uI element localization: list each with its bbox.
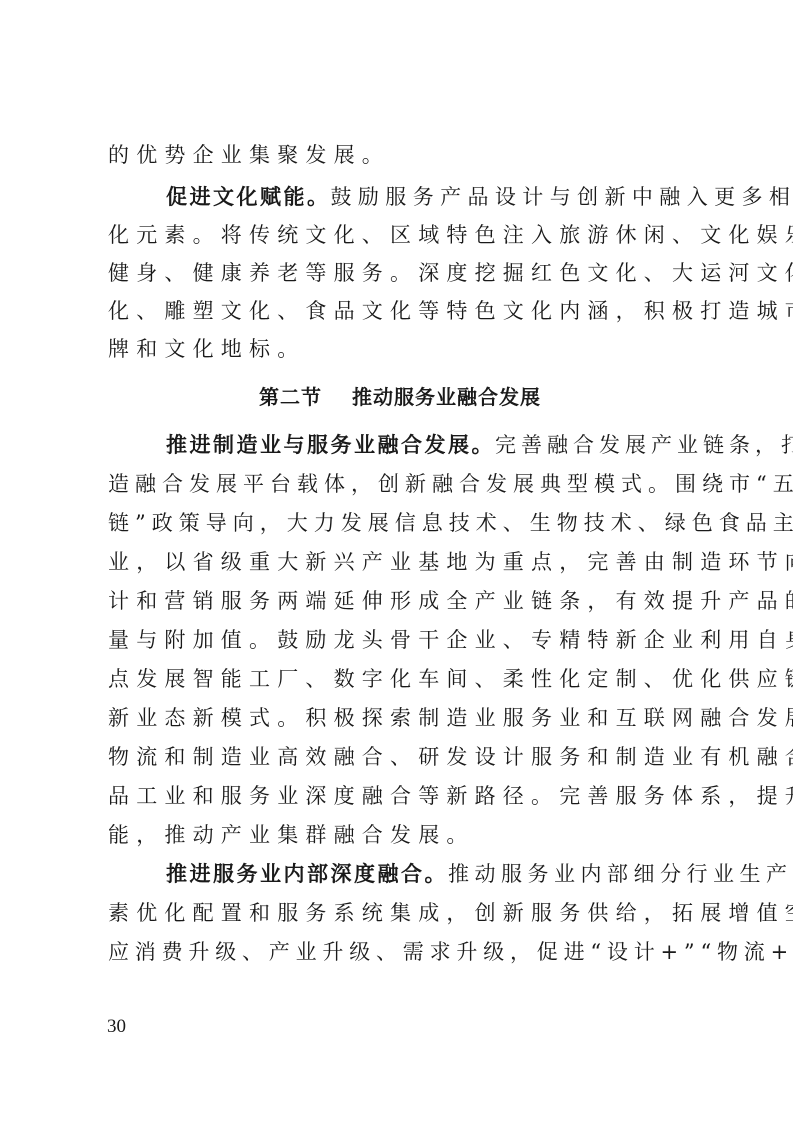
- text-line: 量与附加值。鼓励龙头骨干企业、专精特新企业利用自身优势重: [108, 625, 793, 655]
- text-line: 物流和制造业高效融合、研发设计服务和制造业有机融合、消费: [108, 742, 793, 772]
- line-text: 健身、健康养老等服务。深度挖掘红色文化、大运河文化、汉文: [108, 261, 793, 285]
- line-text: 完善融合发展产业链条，打: [495, 433, 793, 457]
- text-line: 牌和文化地标。: [108, 334, 305, 364]
- line-text: 应消费升级、产业升级、需求升级，促进“设计+”“物流+”“电商: [108, 940, 793, 964]
- paragraph-culture: 促进文化赋能。鼓励服务产品设计与创新中融入更多相山文: [166, 182, 793, 212]
- paragraph-lead-bold: 推进制造业与服务业融合发展。: [166, 433, 495, 457]
- text-line: 品工业和服务业深度融合等新路径。完善服务体系，提升服务效: [108, 781, 793, 811]
- line-text: 造融合发展平台载体，创新融合发展典型模式。围绕市“五群十: [108, 472, 793, 496]
- text-line: 化、雕塑文化、食品文化等特色文化内涵，积极打造城市文化品: [108, 296, 793, 326]
- text-line: 能，推动产业集群融合发展。: [108, 820, 475, 850]
- text-line: 新业态新模式。积极探索制造业服务业和互联网融合发展、现代: [108, 703, 793, 733]
- text-line: 链”政策导向，大力发展信息技术、生物技术、绿色食品主导产: [108, 508, 793, 538]
- paragraph-lead-bold: 推进服务业内部深度融合。: [166, 862, 448, 886]
- line-text: 的优势企业集聚发展。: [108, 143, 390, 167]
- line-text: 链”政策导向，大力发展信息技术、生物技术、绿色食品主导产: [108, 511, 793, 535]
- section-number: 第二节: [259, 385, 322, 409]
- text-line: 素优化配置和服务系统集成，创新服务供给，拓展增值空间。顺: [108, 898, 793, 928]
- text-line: 应消费升级、产业升级、需求升级，促进“设计+”“物流+”“电商: [108, 937, 793, 967]
- line-text: 牌和文化地标。: [108, 337, 305, 361]
- page-number: 30: [107, 1016, 126, 1038]
- line-text: 推动服务业内部细分行业生产要: [448, 862, 793, 886]
- section-title: 推动服务业融合发展: [352, 385, 541, 409]
- section-heading: 第二节推动服务业融合发展: [108, 382, 692, 412]
- line-text: 鼓励服务产品设计与创新中融入更多相山文: [331, 185, 793, 209]
- text-line: 业，以省级重大新兴产业基地为重点，完善由制造环节向研发设: [108, 547, 793, 577]
- line-text: 新业态新模式。积极探索制造业服务业和互联网融合发展、现代: [108, 706, 793, 730]
- text-line: 的优势企业集聚发展。: [108, 140, 390, 170]
- paragraph-service-internal: 推进服务业内部深度融合。推动服务业内部细分行业生产要: [166, 859, 793, 889]
- text-line: 造融合发展平台载体，创新融合发展典型模式。围绕市“五群十: [108, 469, 793, 499]
- line-text: 计和营销服务两端延伸形成全产业链条，有效提升产品的科技含: [108, 589, 793, 613]
- line-text: 化、雕塑文化、食品文化等特色文化内涵，积极打造城市文化品: [108, 299, 793, 323]
- paragraph-lead-bold: 促进文化赋能。: [166, 185, 331, 209]
- text-line: 点发展智能工厂、数字化车间、柔性化定制、优化供应链管理等: [108, 664, 793, 694]
- line-text: 能，推动产业集群融合发展。: [108, 823, 475, 847]
- line-text: 素优化配置和服务系统集成，创新服务供给，拓展增值空间。顺: [108, 901, 793, 925]
- text-line: 计和营销服务两端延伸形成全产业链条，有效提升产品的科技含: [108, 586, 793, 616]
- line-text: 业，以省级重大新兴产业基地为重点，完善由制造环节向研发设: [108, 550, 793, 574]
- line-text: 点发展智能工厂、数字化车间、柔性化定制、优化供应链管理等: [108, 667, 793, 691]
- line-text: 化元素。将传统文化、区域特色注入旅游休闲、文化娱乐、体育: [108, 223, 793, 247]
- text-line: 健身、健康养老等服务。深度挖掘红色文化、大运河文化、汉文: [108, 258, 793, 288]
- line-text: 量与附加值。鼓励龙头骨干企业、专精特新企业利用自身优势重: [108, 628, 793, 652]
- paragraph-manufacturing-service: 推进制造业与服务业融合发展。完善融合发展产业链条，打: [166, 430, 793, 460]
- text-line: 化元素。将传统文化、区域特色注入旅游休闲、文化娱乐、体育: [108, 220, 793, 250]
- line-text: 品工业和服务业深度融合等新路径。完善服务体系，提升服务效: [108, 784, 793, 808]
- line-text: 物流和制造业高效融合、研发设计服务和制造业有机融合、消费: [108, 745, 793, 769]
